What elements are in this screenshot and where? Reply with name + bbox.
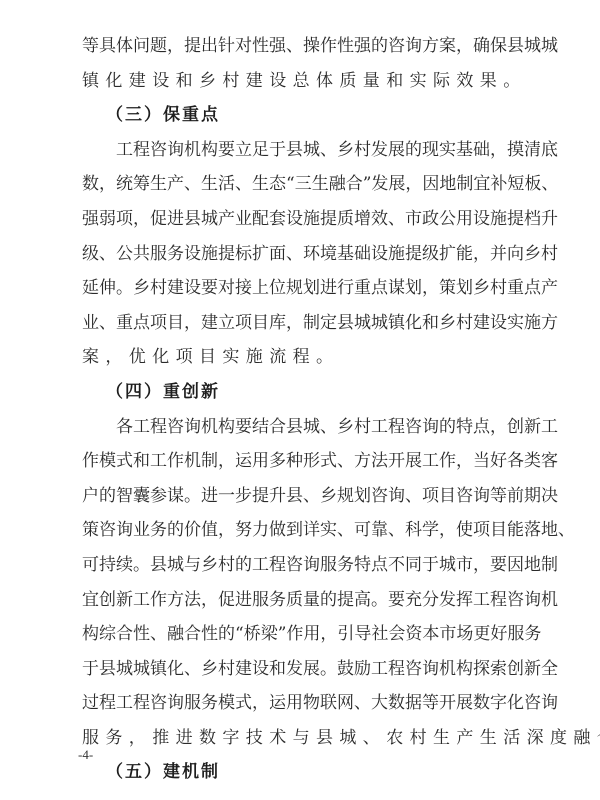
paragraph-line: 策咨询业务的价值，努力做到详实、可靠、科学，使项目能落地、	[82, 513, 522, 548]
paragraph-first-line: 工程咨询机构要立足于县城、乡村发展的现实基础，摸清底	[82, 133, 522, 168]
paragraph-line: 业、重点项目，建立项目库，制定县城城镇化和乡村建设实施方	[82, 306, 522, 341]
paragraph-line: 宜创新工作方法，促进服务质量的提高。要充分发挥工程咨询机	[82, 583, 522, 618]
paragraph-line: 过程工程咨询服务模式，运用物联网、大数据等开展数字化咨询	[82, 686, 522, 721]
paragraph-line: 延伸。乡村建设要对接上位规划进行重点谋划，策划乡村重点产	[82, 271, 522, 306]
paragraph-last-line: 服务，推进数字技术与县城、农村生产生活深度融合。	[82, 721, 522, 756]
paragraph-last-line: 案，优化项目实施流程。	[82, 340, 522, 375]
document-page: 等具体问题，提出针对性强、操作性强的咨询方案，确保县城城镇化建设和乡村建设总体质…	[82, 29, 522, 790]
paragraph-line: 作模式和工作机制，运用多种形式、方法开展工作，当好各类客	[82, 444, 522, 479]
paragraph-line: 于县城城镇化、乡村建设和发展。鼓励工程咨询机构探索创新全	[82, 652, 522, 687]
paragraph-line: 构综合性、融合性的“桥梁”作用，引导社会资本市场更好服务	[82, 617, 522, 652]
paragraph-line: 户的智囊参谋。进一步提升县、乡规划咨询、项目咨询等前期决	[82, 479, 522, 514]
section-heading: （四）重创新	[82, 375, 522, 410]
section-heading: （五）建机制	[82, 755, 522, 790]
page-number: -4-	[78, 747, 93, 763]
paragraph-line: 强弱项，促进县城产业配套设施提质增效、市政公用设施提档升	[82, 202, 522, 237]
paragraph-first-line: 各工程咨询机构要结合县城、乡村工程咨询的特点，创新工	[82, 410, 522, 445]
paragraph-line: 可持续。县城与乡村的工程咨询服务特点不同于城市，要因地制	[82, 548, 522, 583]
paragraph-line: 级、公共服务设施提标扩面、环境基础设施提级扩能，并向乡村	[82, 237, 522, 272]
section-heading: （三）保重点	[82, 98, 522, 133]
paragraph-last-line: 镇化建设和乡村建设总体质量和实际效果。	[82, 64, 522, 99]
paragraph-line: 等具体问题，提出针对性强、操作性强的咨询方案，确保县城城	[82, 29, 522, 64]
paragraph-line: 数，统筹生产、生活、生态“三生融合”发展，因地制宜补短板、	[82, 167, 522, 202]
